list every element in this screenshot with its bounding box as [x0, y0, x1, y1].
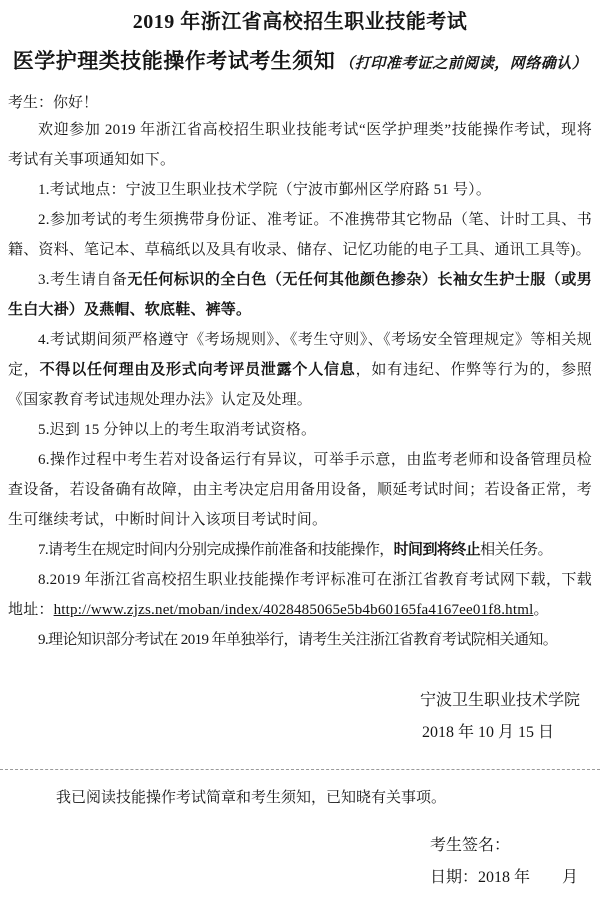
signature-date: 2018 年 10 月 15 日 — [8, 721, 592, 745]
notice-item-1: 1.考试地点：宁波卫生职业技术学院（宁波市鄞州区学府路 51 号）。 — [8, 175, 592, 205]
fill-in-date-line: 日期：2018 年 月 日 — [430, 866, 592, 890]
page-title: 2019 年浙江省高校招生职业技能考试 — [8, 8, 592, 36]
notice-item-4: 4.考试期间须严格遵守《考场规则》、《考生守则》、《考场安全管理规定》等相关规定… — [8, 325, 592, 415]
intro-paragraph: 欢迎参加 2019 年浙江省高校招生职业技能考试“医学护理类”技能操作考试，现将… — [8, 115, 592, 175]
download-url-link[interactable]: http://www.zjzs.net/moban/index/40284850… — [54, 602, 534, 618]
notice-item-3: 3.考生请自备无任何标识的全白色（无任何其他颜色掺杂）长袖女生护士服（或男生白大… — [8, 265, 592, 325]
salutation: 考生：你好！ — [8, 91, 592, 115]
item-4-bold-text: 不得以任何理由及形式向考评员泄露个人信息 — [40, 362, 356, 378]
notice-item-2: 2.参加考试的考生须携带身份证、准考证。不准携带其它物品（笔、计时工具、书籍、资… — [8, 205, 592, 265]
cut-line-divider — [0, 769, 600, 770]
notice-document: 2019 年浙江省高校招生职业技能考试 医学护理类技能操作考试考生须知 （打印准… — [0, 0, 600, 916]
signature-block: 考生签名： 日期：2018 年 月 日 — [430, 834, 592, 890]
notice-item-5: 5.迟到 15 分钟以上的考生取消考试资格。 — [8, 415, 592, 445]
subtitle: 医学护理类技能操作考试考生须知 — [13, 49, 336, 73]
notice-item-6: 6.操作过程中考生若对设备运行有异议，可举手示意，由监考老师和设备管理员检查设备… — [8, 445, 592, 535]
notice-item-9: 9.理论知识部分考试在 2019 年单独举行，请考生关注浙江省教育考试院相关通知… — [8, 625, 592, 655]
item-3-text: 3.考生请自备 — [38, 272, 127, 288]
candidate-signature-label: 考生签名： — [430, 834, 592, 858]
subtitle-row: 医学护理类技能操作考试考生须知 （打印准考证之前阅读，网络确认） — [8, 46, 592, 79]
signature-organization: 宁波卫生职业技术学院 — [8, 689, 592, 713]
item-7-bold-text: 时间到将终止 — [394, 542, 480, 558]
notice-item-8: 8.2019 年浙江省高校招生职业技能操作考评标准可在浙江省教育考试网下载，下载… — [8, 565, 592, 625]
notice-item-7: 7.请考生在规定时间内分别完成操作前准备和技能操作，时间到将终止相关任务。 — [8, 535, 592, 565]
acknowledgement-statement: 我已阅读技能操作考试简章和考生须知，已知晓有关事项。 — [8, 786, 592, 810]
item-7-text-post: 相关任务。 — [480, 542, 552, 558]
item-8-text-post: 。 — [533, 602, 548, 618]
subtitle-note: （打印准考证之前阅读，网络确认） — [339, 56, 587, 72]
item-7-text: 7.请考生在规定时间内分别完成操作前准备和技能操作， — [38, 542, 394, 558]
